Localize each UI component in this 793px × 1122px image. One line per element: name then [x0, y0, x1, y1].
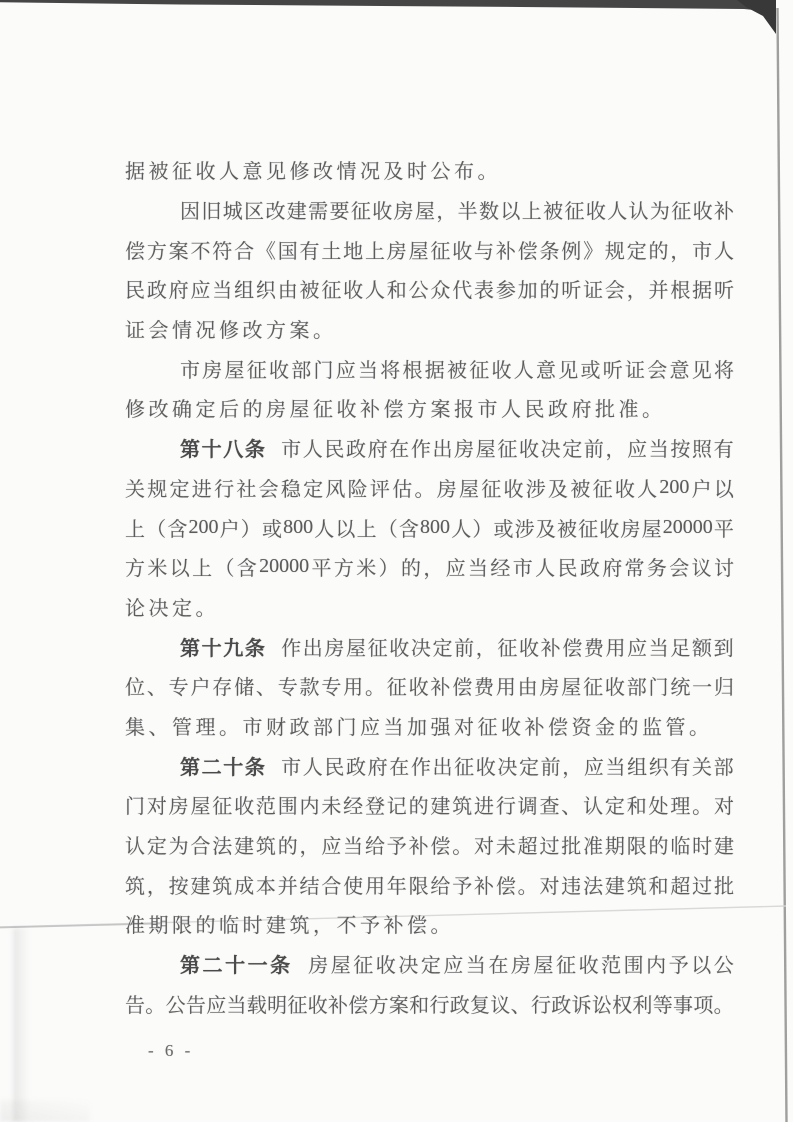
- document-text: 据被征收人意见修改情况及时公布。因旧城区改建需要征收房屋，半数以上被征收人认为征…: [125, 150, 734, 1023]
- text-line: 上（含 200 户）或 800 人以上（含 800 人）或涉及被征收房屋 200…: [125, 507, 734, 547]
- document-page: 据被征收人意见修改情况及时公布。因旧城区改建需要征收房屋，半数以上被征收人认为征…: [0, 0, 793, 1122]
- text-line: 告。公告应当载明征收补偿方案和行政复议、行政诉讼权利等事项。: [125, 983, 734, 1023]
- scan-top-edge: [0, 0, 775, 12]
- scan-corner-shadow: [0, 1100, 90, 1122]
- text-line: 关规定进行社会稳定风险评估。房屋征收涉及被征收人 200 户以: [125, 468, 734, 508]
- text-line: 偿方案不符合《国有土地上房屋征收与补偿条例》规定的，市人: [125, 229, 734, 269]
- text-line: 第二十一条房屋征收决定应当在房屋征收范围内予以公: [125, 944, 734, 984]
- text-line: 因旧城区改建需要征收房屋，半数以上被征收人认为征收补: [125, 190, 734, 230]
- text-line: 位、专户存储、专款专用。征收补偿费用由房屋征收部门统一归: [125, 666, 734, 706]
- text-line: 据被征收人意见修改情况及时公布。: [125, 150, 734, 190]
- text-line: 第十九条作出房屋征收决定前，征收补偿费用应当足额到: [125, 626, 734, 666]
- text-line: 证会情况修改方案。: [125, 309, 734, 349]
- scan-left-shadow: [13, 928, 30, 1122]
- scan-corner-wedge: [737, 0, 776, 34]
- text-line: 集、管理。市财政部门应当加强对征收补偿资金的监管。: [125, 706, 734, 746]
- text-line: 门对房屋征收范围内未经登记的建筑进行调查、认定和处理。对: [125, 785, 734, 825]
- scan-right-edge-line: [778, 8, 787, 1122]
- text-line: 认定为合法建筑的，应当给予补偿。对未超过批准期限的临时建: [125, 825, 734, 865]
- text-line: 修改确定后的房屋征收补偿方案报市人民政府批准。: [125, 388, 734, 428]
- text-line: 准期限的临时建筑，不予补偿。: [125, 904, 734, 944]
- text-line: 第二十条市人民政府在作出征收决定前，应当组织有关部: [125, 745, 734, 785]
- page-number: - 6 -: [148, 1041, 193, 1061]
- text-line: 筑，按建筑成本并结合使用年限给予补偿。对违法建筑和超过批: [125, 864, 734, 904]
- text-line: 市房屋征收部门应当将根据被征收人意见或听证会意见将: [125, 348, 734, 388]
- text-line: 第十八条市人民政府在作出房屋征收决定前，应当按照有: [125, 428, 734, 468]
- text-line: 方米以上（含 20000 平方米）的，应当经市人民政府常务会议讨: [125, 547, 734, 587]
- text-line: 民政府应当组织由被征收人和公众代表参加的听证会，并根据听: [125, 269, 734, 309]
- text-line: 论决定。: [125, 587, 734, 627]
